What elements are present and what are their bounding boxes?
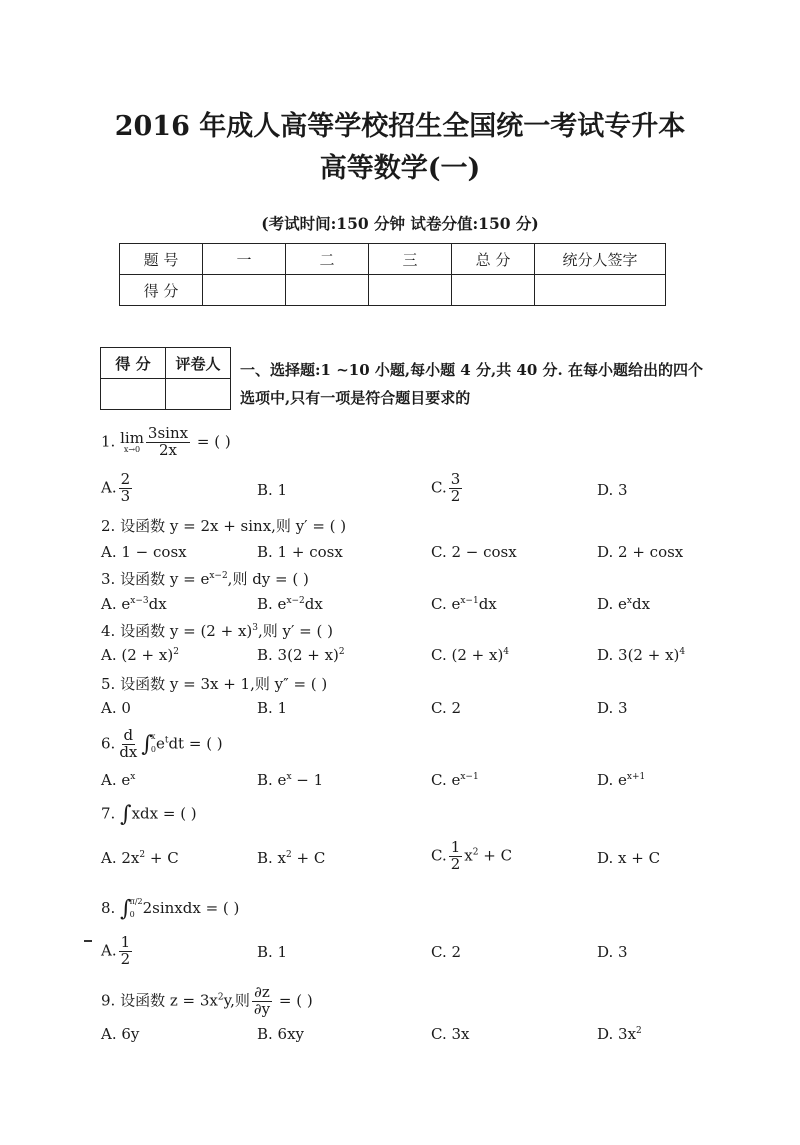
q7-option-b: B. x2 + C: [257, 849, 325, 867]
q8-option-b: B. 1: [257, 943, 287, 961]
q1-option-a: A.23: [101, 472, 134, 505]
question-2: 2. 设函数 y = 2x + sinx,则 y′ = ( ): [101, 515, 346, 536]
q8-option-d: D. 3: [597, 943, 628, 961]
question-4: 4. 设函数 y = (2 + x)3,则 y′ = ( ): [101, 620, 333, 641]
score-table: 题 号 一 二 三 总 分 统分人签字 得 分: [119, 243, 666, 306]
section-heading-line2: 选项中,只有一项是符合题目要求的: [240, 384, 800, 412]
q4-option-c: C. (2 + x)4: [431, 646, 509, 664]
q3-option-b: B. ex−2dx: [257, 595, 323, 613]
question-5: 5. 设函数 y = 3x + 1,则 y″ = ( ): [101, 673, 327, 694]
q6-option-b: B. ex − 1: [257, 771, 323, 789]
q1-option-d: D. 3: [597, 481, 628, 499]
section-heading: 一、选择题:1 ~10 小题,每小题 4 分,共 40 分. 在每小题给出的四个…: [240, 356, 800, 412]
score-cell-total: 总 分: [452, 244, 535, 275]
integral-sign-icon: ∫: [120, 802, 131, 827]
q9-option-c: C. 3x: [431, 1025, 469, 1043]
score-blank: [203, 275, 286, 306]
question-8: 8. ∫π/202sinxdx = ( ): [101, 896, 239, 922]
grader-name-label: 评卷人: [166, 348, 231, 379]
score-blank: [535, 275, 666, 306]
grader-score-label: 得 分: [101, 348, 166, 379]
q9-option-d: D. 3x2: [597, 1025, 642, 1043]
score-cell-signature: 统分人签字: [535, 244, 666, 275]
question-7: 7. ∫xdx = ( ): [101, 802, 197, 827]
q4-option-b: B. 3(2 + x)2: [257, 646, 345, 664]
score-cell-part2: 二: [286, 244, 369, 275]
scan-mark: [84, 940, 92, 942]
exam-subject: 高等数学(一): [0, 146, 800, 185]
q4-option-d: D. 3(2 + x)4: [597, 646, 685, 664]
q2-option-c: C. 2 − cosx: [431, 543, 517, 561]
q9-option-b: B. 6xy: [257, 1025, 304, 1043]
q7-option-d: D. x + C: [597, 849, 660, 867]
score-cell-part1: 一: [203, 244, 286, 275]
grader-blank: [166, 379, 231, 410]
q2-option-a: A. 1 − cosx: [101, 543, 187, 561]
q6-option-a: A. ex: [101, 771, 135, 789]
exam-title: 2016 年成人高等学校招生全国统一考试专升本: [0, 104, 800, 143]
q6-option-c: C. ex−1: [431, 771, 479, 789]
q3-option-d: D. exdx: [597, 595, 650, 613]
q3-option-c: C. ex−1dx: [431, 595, 497, 613]
q5-option-c: C. 2: [431, 699, 461, 717]
score-blank: [452, 275, 535, 306]
q4-option-a: A. (2 + x)2: [101, 646, 179, 664]
question-6: 6.ddx∫x0etdt = ( ): [101, 728, 223, 761]
exam-info: (考试时间:150 分钟 试卷分值:150 分): [0, 212, 800, 234]
q9-option-a: A. 6y: [101, 1025, 139, 1043]
score-table-score-row: 得 分: [120, 275, 666, 306]
score-blank: [286, 275, 369, 306]
q2-option-b: B. 1 + cosx: [257, 543, 343, 561]
score-row-label: 得 分: [120, 275, 203, 306]
score-cell-label: 题 号: [120, 244, 203, 275]
q2-option-d: D. 2 + cosx: [597, 543, 683, 561]
question-9: 9. 设函数 z = 3x2y,则∂z∂y = ( ): [101, 985, 313, 1018]
q7-option-a: A. 2x2 + C: [101, 849, 179, 867]
q8-option-c: C. 2: [431, 943, 461, 961]
q5-option-b: B. 1: [257, 699, 287, 717]
q5-option-a: A. 0: [101, 699, 131, 717]
question-1: 1. limx→03sinx2x = ( ): [101, 426, 231, 459]
question-3: 3. 设函数 y = ex−2,则 dy = ( ): [101, 568, 309, 589]
q6-option-d: D. ex+1: [597, 771, 645, 789]
fraction: 3sinx2x: [146, 426, 190, 459]
q1-option-b: B. 1: [257, 481, 287, 499]
q8-option-a: A.12: [101, 935, 134, 968]
score-table-header-row: 题 号 一 二 三 总 分 统分人签字: [120, 244, 666, 275]
limit-operator: limx→0: [120, 431, 144, 454]
q7-option-c: C.12x2 + C: [431, 840, 512, 873]
grader-blank: [101, 379, 166, 410]
score-blank: [369, 275, 452, 306]
q1-option-c: C.32: [431, 472, 464, 505]
q3-option-a: A. ex−3dx: [101, 595, 167, 613]
grader-table: 得 分 评卷人: [100, 347, 231, 410]
q5-option-d: D. 3: [597, 699, 628, 717]
score-cell-part3: 三: [369, 244, 452, 275]
section-heading-line1: 一、选择题:1 ~10 小题,每小题 4 分,共 40 分. 在每小题给出的四个: [240, 356, 800, 384]
